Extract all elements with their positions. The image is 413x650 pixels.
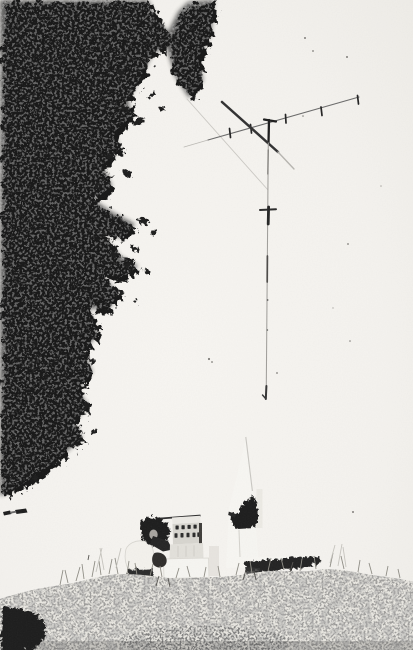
photo-canvas: Black-and-white photograph of a portable… bbox=[0, 0, 413, 650]
photo-field-antenna: Black-and-white photograph of a portable… bbox=[0, 0, 413, 650]
film-grain bbox=[0, 0, 413, 650]
photo-stage: Black-and-white photograph of a portable… bbox=[0, 0, 413, 650]
